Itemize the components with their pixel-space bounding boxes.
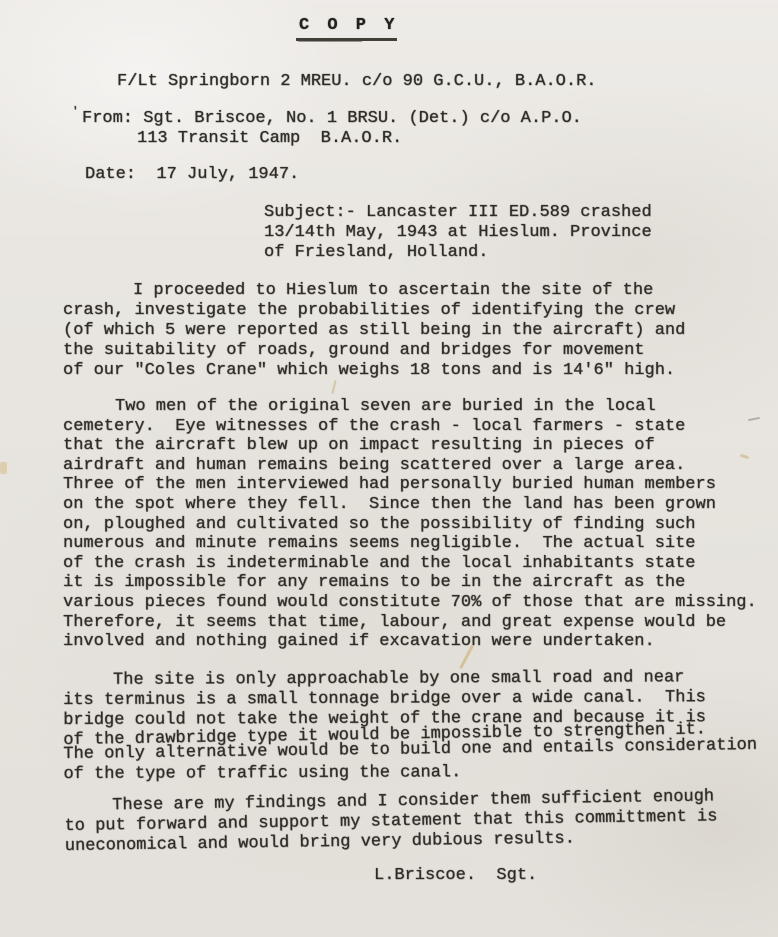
text-line: Therefore, it seems that time, labour, a…	[63, 613, 757, 633]
paper-stain	[331, 380, 336, 394]
subject-line: of Friesland, Holland.	[264, 243, 652, 263]
copy-heading: C O P Y	[299, 16, 398, 35]
text-line: on, ploughed and cultivated so the possi…	[63, 515, 757, 535]
stray-tick-mark: '	[72, 106, 79, 118]
addressee-line: F/Lt Springborn 2 MREU. c/o 90 G.C.U., B…	[117, 72, 596, 92]
text-line: airdraft and human remains being scatter…	[63, 456, 757, 476]
text-line: of our "Coles Crane" which weighs 18 ton…	[63, 361, 685, 381]
paragraph-3: The site is only approachable by one sma…	[63, 668, 757, 785]
subject-line: Subject:- Lancaster III ED.589 crashed	[264, 203, 652, 223]
text-line: involved and nothing gained if excavatio…	[63, 632, 757, 652]
text-line: of the type of traffic using the canal.	[63, 762, 757, 785]
heading-underline-echo	[298, 41, 362, 42]
text-line: crash, investigate the probabilities of …	[63, 301, 685, 321]
text-line: it is impossible for any remains to be i…	[63, 573, 757, 593]
text-line: cemetery. Eye witnesses of the crash - l…	[63, 417, 757, 437]
subject-block: Subject:- Lancaster III ED.589 crashed 1…	[264, 203, 652, 263]
text-line: Two men of the original seven are buried…	[63, 397, 757, 417]
text-line: numerous and minute remains seems neglig…	[63, 534, 757, 554]
date-line: Date: 17 July, 1947.	[85, 165, 299, 185]
text-line: the suitability of roads, ground and bri…	[63, 341, 685, 361]
text-line: (of which 5 were reported as still being…	[63, 321, 685, 341]
paragraph-2: Two men of the original seven are buried…	[63, 397, 757, 652]
text-line: I proceeded to Hieslum to ascertain the …	[63, 281, 685, 301]
document-page: C O P Y F/Lt Springborn 2 MREU. c/o 90 G…	[0, 0, 778, 937]
text-line: of the crash is indeterminable and the l…	[63, 554, 757, 574]
subject-line: 13/14th May, 1943 at Hieslum. Province	[264, 223, 652, 243]
from-line: From: Sgt. Briscoe, No. 1 BRSU. (Det.) c…	[82, 109, 582, 129]
text-line: Three of the men interviewed had persona…	[63, 475, 757, 495]
text-line: that the aircraft blew up on impact resu…	[63, 436, 757, 456]
paragraph-4: These are my findings and I consider the…	[64, 787, 718, 857]
signature-line: L.Briscoe. Sgt.	[374, 866, 537, 886]
text-line: various pieces found would constitute 70…	[63, 593, 757, 613]
paper-stain	[0, 462, 7, 474]
paragraph-1: I proceeded to Hieslum to ascertain the …	[63, 281, 685, 381]
from-address-line: 113 Transit Camp B.A.O.R.	[137, 129, 402, 149]
text-line: on the spot where they fell. Since then …	[63, 495, 757, 515]
